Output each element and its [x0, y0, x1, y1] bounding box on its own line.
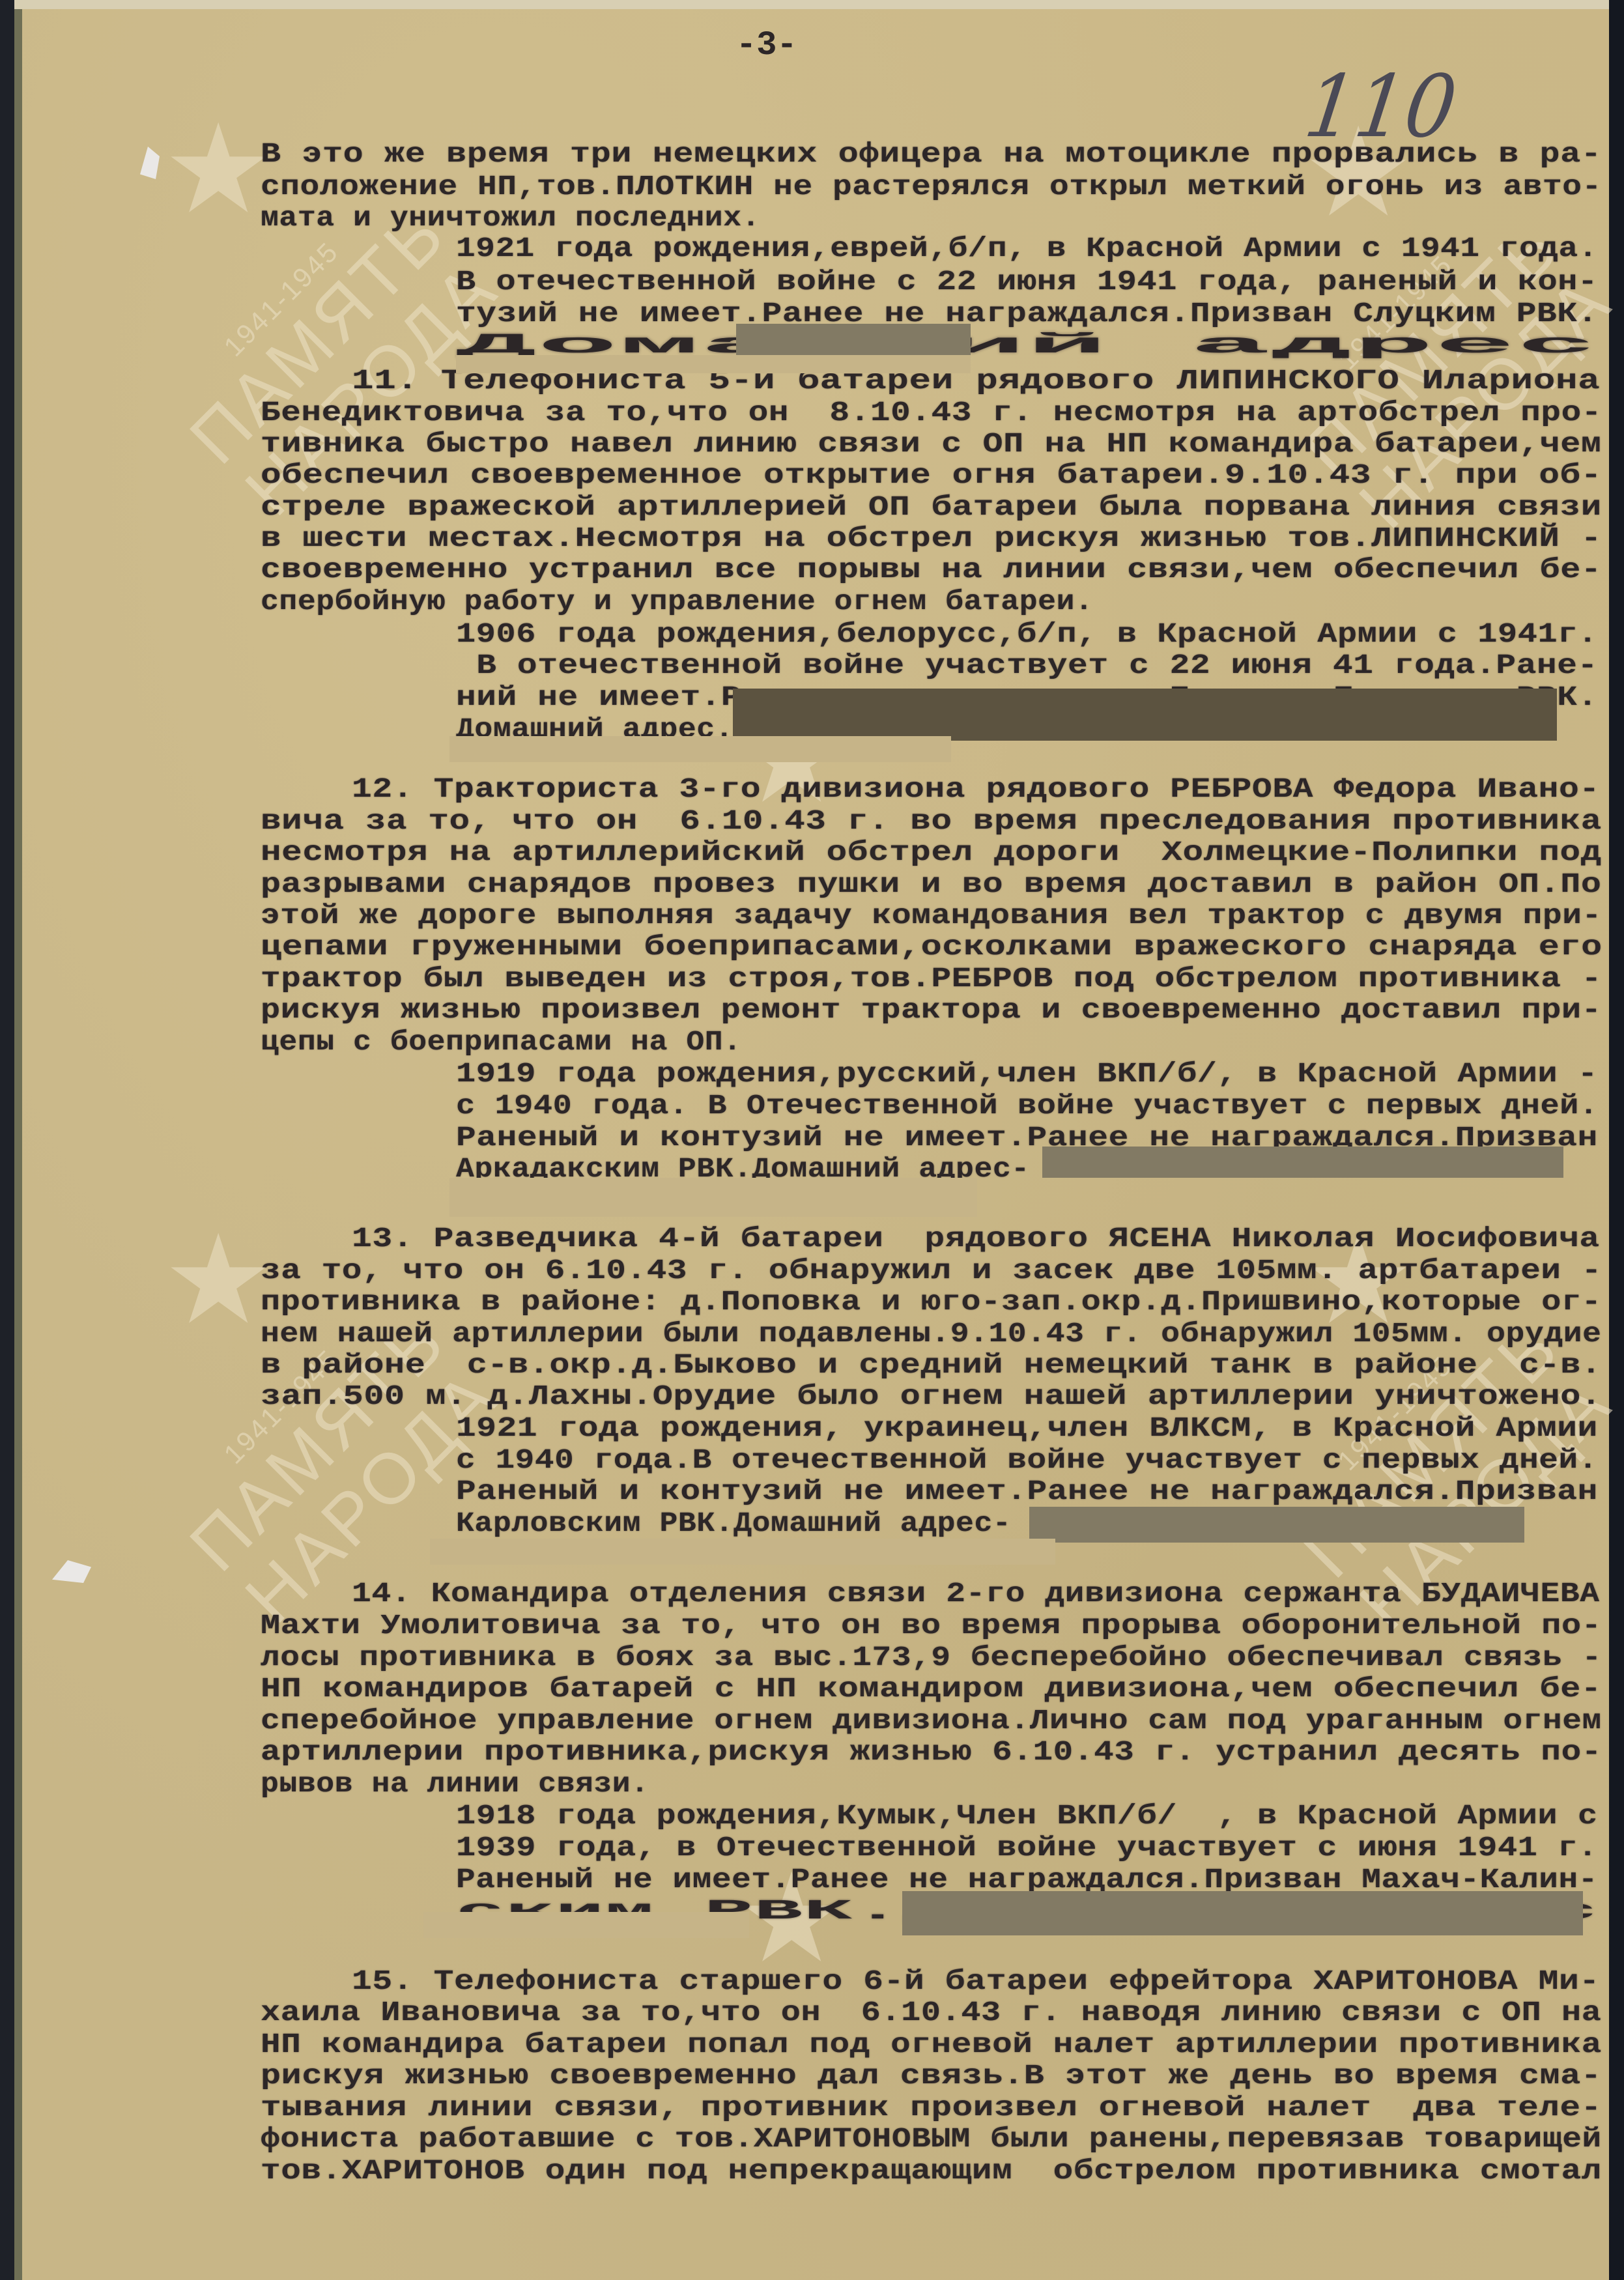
text-line: НП командиров батарей с НП командиром ди… — [261, 1675, 1602, 1703]
text-line: фониста работавшие с тов.ХАРИТОНОВЫМ был… — [261, 2125, 1602, 2153]
text-line: тывания линии связи, противник произвел … — [261, 2094, 1602, 2122]
redaction-patch — [430, 1539, 1055, 1565]
redaction-patch — [449, 1178, 977, 1217]
text-line: противника в районе: д.Поповка и юго-зап… — [261, 1288, 1601, 1316]
text-line: Раненый не имеет.Ранее не награждался.Пр… — [456, 1866, 1598, 1894]
text-line: рискуя жизнью своевременно дал связь.В э… — [261, 2062, 1602, 2090]
text-line: стреле вражеской артиллерией ОП батареи … — [261, 493, 1602, 521]
text-line: 14. Командира отделения связи 2-го дивиз… — [352, 1580, 1600, 1608]
text-line: нем нашей артиллерии были подавлены.9.10… — [261, 1320, 1602, 1348]
text-line: 1918 года рождения,Кумык,Член ВКП/б/ , в… — [456, 1802, 1598, 1830]
text-line: зап.500 м. д.Лахны.Орудие было огнем наш… — [261, 1382, 1602, 1410]
text-line: своевременно устранил все порывы на лини… — [261, 556, 1602, 584]
redaction-patch — [456, 355, 971, 373]
text-line: 1919 года рождения,русский,член ВКП/б/, … — [456, 1060, 1598, 1088]
redacted-address — [1029, 1507, 1524, 1543]
watermark-star-icon: ★ — [163, 114, 274, 225]
redacted-address — [736, 324, 971, 356]
text-line: 13. Разведчика 4-й батареи рядового ЯСЕН… — [352, 1225, 1600, 1253]
text-line: сперебойное управление огнем дивизиона.Л… — [261, 1707, 1602, 1735]
text-line: обеспечил своевременное открытие огня ба… — [261, 461, 1602, 489]
text-line: тузий не имеет.Ранее не награждался.Приз… — [456, 300, 1598, 328]
text-line: Карловским РВК.Домашний адрес- — [456, 1509, 1011, 1537]
text-line: рывов на линии связи. — [261, 1770, 649, 1798]
text-line: в районе с-в.окр.д.Быково и средний неме… — [261, 1351, 1602, 1379]
text-line: 12. Тракториста 3-го дивизиона рядового … — [352, 775, 1600, 803]
text-line: В отечественной войне с 22 июня 1941 год… — [456, 268, 1598, 296]
text-line: вича за то, что он 6.10.43 г. во время п… — [261, 807, 1602, 835]
text-line: хаила Ивановича за то,что он 6.10.43 г. … — [261, 1999, 1601, 2027]
text-line: с 1940 года.В отечественной войне участв… — [456, 1446, 1598, 1474]
text-line: разрывами снарядов провез пушки и во вре… — [261, 870, 1602, 898]
text-line: артиллерии противника,рискуя жизнью 6.10… — [261, 1738, 1602, 1766]
redacted-address — [733, 689, 1557, 741]
text-line: 1906 года рождения,белорусс,б/п, в Красн… — [456, 620, 1598, 648]
text-line: Раненый и контузий не имеет.Ранее не наг… — [456, 1477, 1598, 1505]
text-line: 1921 года рождения, украинец,член ВЛКСМ,… — [456, 1414, 1598, 1442]
text-line: Махти Умолитовича за то, что он во время… — [261, 1612, 1601, 1640]
text-line: спербойную работу и управление огнем бат… — [261, 588, 1093, 616]
text-line: Бенедиктовича за то,что он 8.10.43 г. не… — [261, 399, 1602, 427]
text-line: НП командира батареи попал под огневой н… — [261, 2031, 1602, 2059]
text-line: в шести местах.Несмотря на обстрел риску… — [261, 524, 1602, 552]
text-line: цепы с боеприпасами на ОП. — [261, 1028, 742, 1056]
text-line: тов.ХАРИТОНОВ один под непрекращающим об… — [261, 2157, 1602, 2185]
text-line: трактор был выведен из строя,тов.РЕБРОВ … — [261, 965, 1602, 993]
text-line: несмотря на артиллерийский обстрел дорог… — [261, 838, 1602, 866]
page-number: -3- — [736, 26, 797, 64]
scan-right-edge — [1609, 0, 1624, 2280]
text-line: с 1940 года. В Отечественной войне участ… — [456, 1092, 1599, 1120]
redacted-address — [1042, 1147, 1563, 1178]
text-line: мата и уничтожил последних. — [261, 204, 760, 232]
text-line: тивника быстро навел линию связи с ОП на… — [261, 430, 1602, 458]
text-line: рискуя жизнью произвел ремонт трактора и… — [261, 996, 1601, 1024]
text-line: 15. Телефониста старшего 6-й батареи ефр… — [352, 1967, 1600, 1995]
text-line: В это же время три немецких офицера на м… — [261, 140, 1602, 168]
redacted-address — [902, 1891, 1583, 1935]
redaction-patch — [423, 1912, 749, 1938]
redaction-patch — [449, 736, 951, 762]
text-line: за то, что он 6.10.43 г. обнаружил и зас… — [261, 1257, 1602, 1285]
text-line: В отечественной войне участвует с 22 июн… — [456, 651, 1598, 679]
text-line: 1939 года, в Отечественной войне участву… — [456, 1834, 1598, 1862]
text-line: этой же дороге выполняя задачу командова… — [261, 902, 1602, 930]
text-line: лосы противника в боях за выс.173,9 бесп… — [261, 1644, 1602, 1672]
watermark-star-icon: ★ — [163, 1225, 274, 1335]
text-line: сположение НП,тов.ПЛОТКИН не растерялся … — [261, 173, 1602, 201]
text-line: 1921 года рождения,еврей,б/п, в Красной … — [456, 235, 1598, 263]
text-line: цепами груженными боеприпасами,осколками… — [261, 933, 1603, 961]
